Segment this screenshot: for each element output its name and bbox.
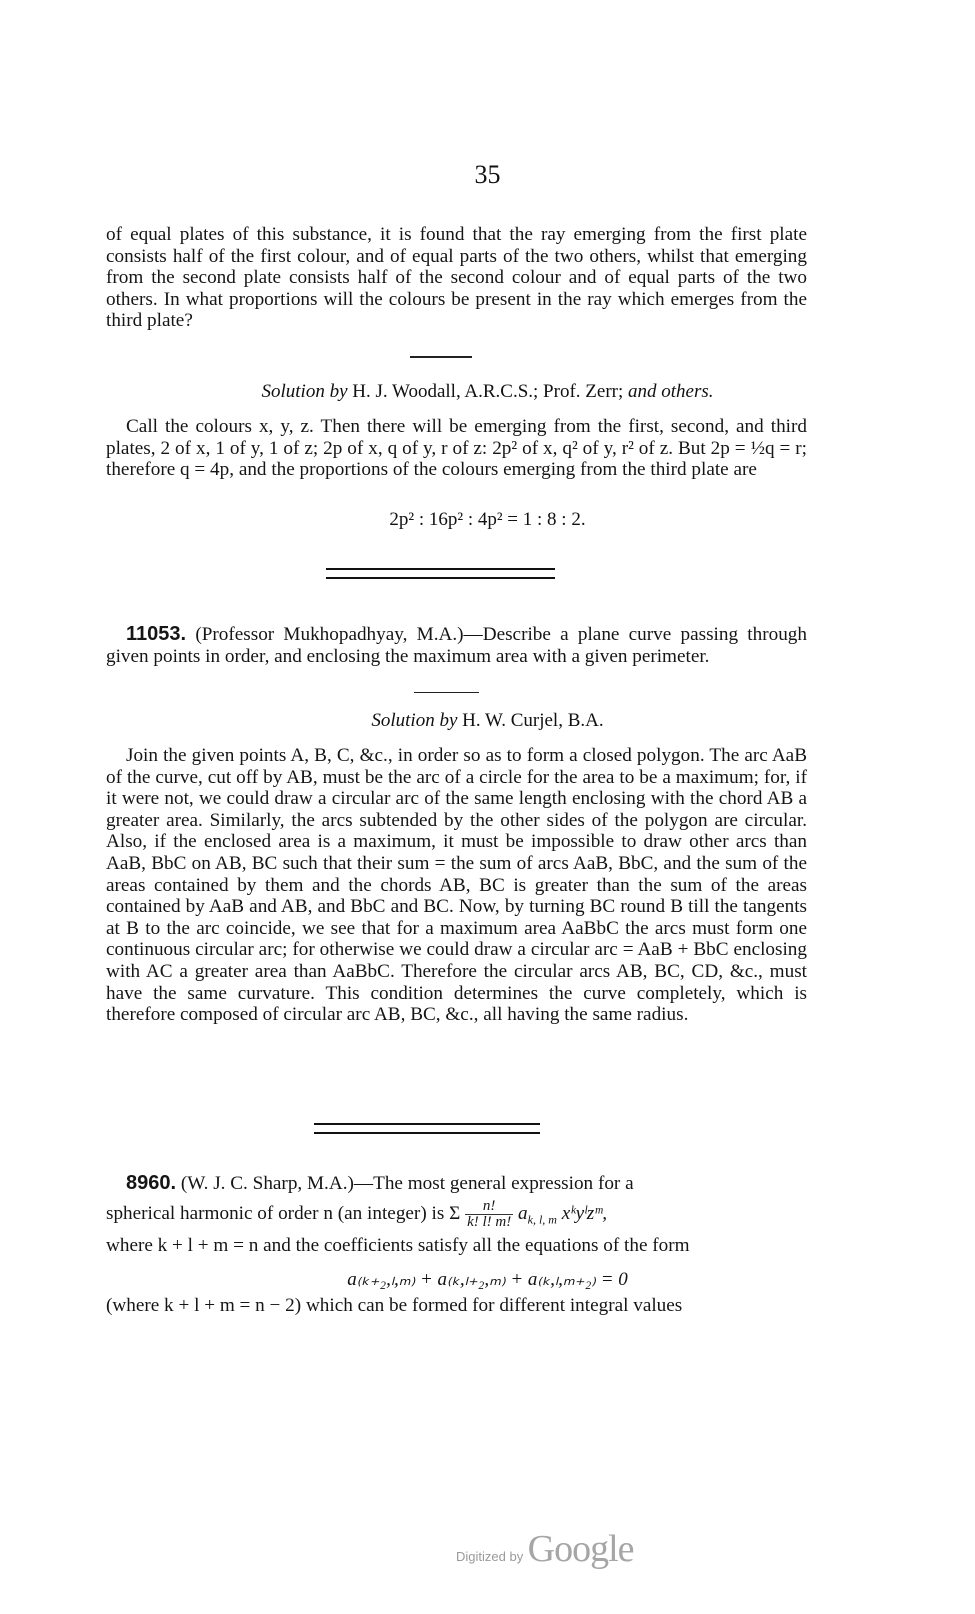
problem-8960: 8960. (W. J. C. Sharp, M.A.)—The most ge…: [106, 1173, 807, 1257]
short-divider: [414, 692, 479, 693]
problem-question-line4: (where k + l + m = n − 2) which can be f…: [106, 1295, 807, 1317]
solution-authors: H. J. Woodall, A.R.C.S.; Prof. Zerr;: [352, 381, 623, 402]
fraction: n! k! l! m!: [465, 1199, 513, 1230]
solution-text-colours: Call the colours x, y, z. Then there wil…: [106, 416, 807, 481]
question-continuation-colours: of equal plates of this substance, it is…: [106, 224, 807, 332]
page-number: 35: [0, 160, 975, 190]
solution-prefix: Solution by: [261, 381, 347, 402]
problem-question-line2: spherical harmonic of order n (an intege…: [106, 1199, 807, 1231]
solution-paragraph: Call the colours x, y, z. Then there wil…: [106, 416, 807, 481]
section-divider: [314, 1123, 540, 1134]
solution-heading-woodall: Solution by H. J. Woodall, A.R.C.S.; Pro…: [0, 381, 975, 403]
solution-authors: H. W. Curjel, B.A.: [462, 710, 603, 731]
google-logo: Google: [528, 1528, 634, 1570]
section-divider: [326, 568, 555, 579]
problem-8960-continuation: (where k + l + m = n − 2) which can be f…: [106, 1295, 807, 1317]
problem-number: 8960.: [126, 1172, 176, 1194]
solution-suffix: and others.: [628, 381, 714, 402]
problem-number: 11053.: [126, 623, 186, 645]
problem-11053: 11053. (Professor Mukhopadhyay, M.A.)—De…: [106, 624, 807, 667]
problem-question-line3: where k + l + m = n and the coefficients…: [106, 1235, 807, 1257]
question-text: of equal plates of this substance, it is…: [106, 224, 807, 332]
solution-text-11053: Join the given points A, B, C, &c., in o…: [106, 745, 807, 1026]
short-divider: [410, 356, 472, 358]
result-equation: 2p² : 16p² : 4p² = 1 : 8 : 2.: [0, 509, 975, 531]
solution-prefix: Solution by: [371, 710, 457, 731]
watermark-prefix: Digitized by: [456, 1549, 523, 1564]
google-watermark: Digitized by Google: [456, 1527, 634, 1571]
problem-proposer: (Professor Mukhopadhyay, M.A.): [195, 624, 463, 645]
solution-heading-curjel: Solution by H. W. Curjel, B.A.: [0, 710, 975, 732]
coefficient-equation: a₍ₖ₊₂,ₗ,ₘ₎ + a₍ₖ,ₗ₊₂,ₘ₎ + a₍ₖ,ₗ,ₘ₊₂₎ = 0: [0, 1268, 975, 1291]
problem-question-line1: —The most general expression for a: [354, 1173, 634, 1194]
solution-paragraph: Join the given points A, B, C, &c., in o…: [106, 745, 807, 1026]
problem-proposer: (W. J. C. Sharp, M.A.): [181, 1173, 354, 1194]
